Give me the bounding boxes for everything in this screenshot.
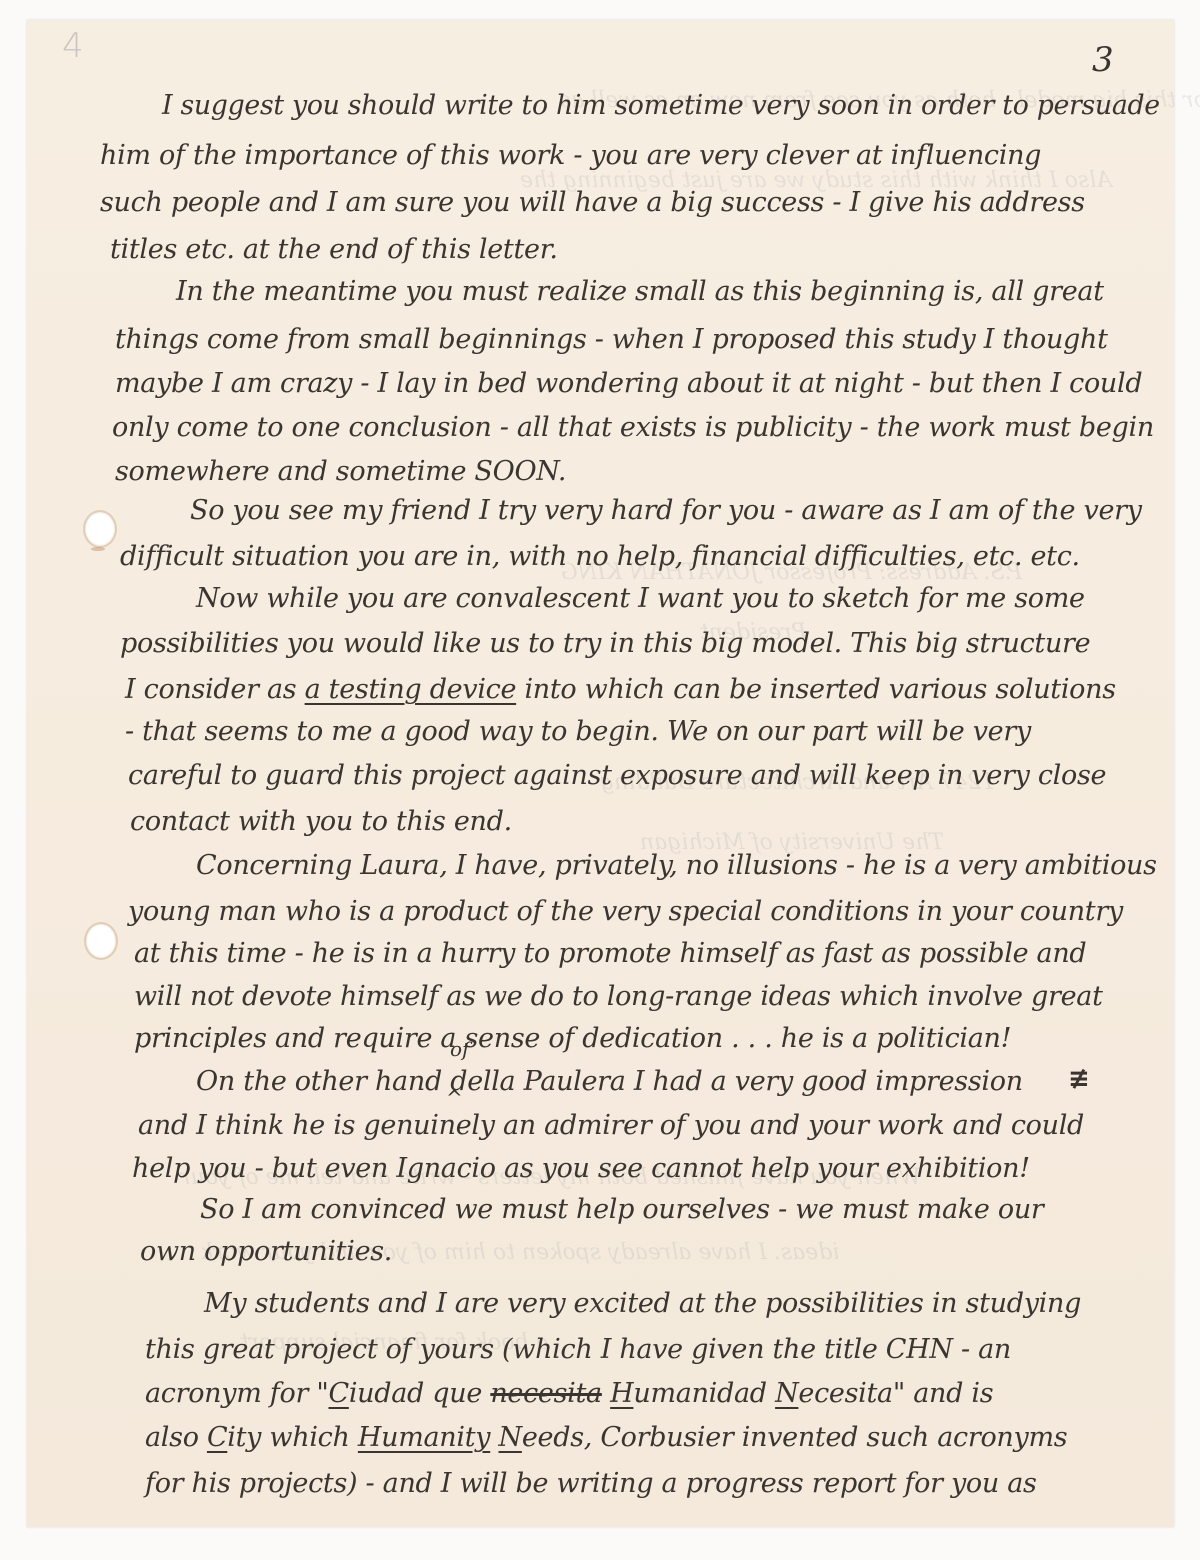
letter-line: will not devote himself as we do to long… [134, 983, 1103, 1010]
letter-line: only come to one conclusion - all that e… [112, 414, 1154, 441]
letter-line: and I think he is genuinely an admirer o… [138, 1112, 1084, 1139]
letter-line: So I am convinced we must help ourselves… [200, 1196, 1044, 1223]
line-text: ecesita" and is [798, 1378, 993, 1409]
letter-line: My students and I are very excited at th… [204, 1290, 1081, 1317]
letter-line: somewhere and sometime SOON. [115, 458, 566, 485]
line-text: also [145, 1422, 207, 1453]
line-text: I consider as [125, 674, 305, 705]
underlined-initial: C [328, 1378, 348, 1409]
letter-line: such people and I am sure you will have … [100, 189, 1085, 216]
letter-line: this great project of yours (which I hav… [145, 1336, 1011, 1363]
letter-line: own opportunities. [140, 1238, 392, 1265]
underlined-initial: C [207, 1422, 227, 1453]
letter-line: also City which Humanity Needs, Corbusie… [145, 1424, 1067, 1451]
letter-line: Concerning Laura, I have, privately, no … [196, 852, 1157, 879]
letter-line: for his projects) - and I will be writin… [145, 1470, 1037, 1497]
letter-body: I suggest you should write to him someti… [0, 0, 1200, 1560]
line-text: acronym for " [145, 1378, 328, 1409]
letter-line: I suggest you should write to him someti… [162, 92, 1160, 119]
letter-line: Now while you are convalescent I want yo… [196, 585, 1085, 612]
scribbled-out-mark-icon: ≢ [1068, 1064, 1090, 1094]
letter-line: acronym for "Ciudad que necesita Humanid… [145, 1380, 993, 1407]
underlined-initial: N [499, 1422, 522, 1453]
letter-line: help you - but even Ignacio as you see c… [132, 1155, 1030, 1182]
letter-line: difficult situation you are in, with no … [120, 543, 1080, 570]
line-text [602, 1378, 610, 1409]
letter-line: at this time - he is in a hurry to promo… [134, 940, 1086, 967]
line-text: ity which [227, 1422, 358, 1453]
line-text: umanidad [633, 1378, 775, 1409]
letter-line: principles and require a sense of dedica… [134, 1025, 1011, 1052]
line-text [490, 1422, 498, 1453]
struck-out-word: necesita [490, 1378, 602, 1409]
letter-line: maybe I am crazy - I lay in bed wonderin… [115, 370, 1142, 397]
line-text: into which can be inserted various solut… [516, 674, 1116, 705]
underlined-phrase: a testing device [305, 674, 517, 705]
letter-line: So you see my friend I try very hard for… [190, 497, 1142, 524]
underlined-initial: H [610, 1378, 633, 1409]
letter-line: On the other hand della Paulera I had a … [196, 1068, 1023, 1095]
underlined-word: Humanity [358, 1422, 490, 1453]
letter-line: possibilities you would like us to try i… [120, 630, 1090, 657]
letter-line: things come from small beginnings - when… [115, 326, 1108, 353]
letter-line: - that seems to me a good way to begin. … [125, 718, 1031, 745]
line-text: On the other hand [196, 1066, 450, 1097]
letter-line: him of the importance of this work - you… [100, 142, 1041, 169]
line-text: iudad que [349, 1378, 491, 1409]
letter-line: young man who is a product of the very s… [128, 898, 1123, 925]
line-text: della Paulera I had a very good impressi… [450, 1066, 1023, 1097]
inserted-word: of [450, 1037, 469, 1061]
letter-line: In the meantime you must realize small a… [176, 278, 1104, 305]
letter-line: careful to guard this project against ex… [128, 762, 1106, 789]
underlined-initial: N [775, 1378, 798, 1409]
letter-line: I consider as a testing device into whic… [125, 676, 1116, 703]
line-text: eeds, Corbusier invented such acronyms [522, 1422, 1067, 1453]
letter-line: titles etc. at the end of this letter. [110, 236, 558, 263]
letter-line: contact with you to this end. [130, 808, 512, 835]
